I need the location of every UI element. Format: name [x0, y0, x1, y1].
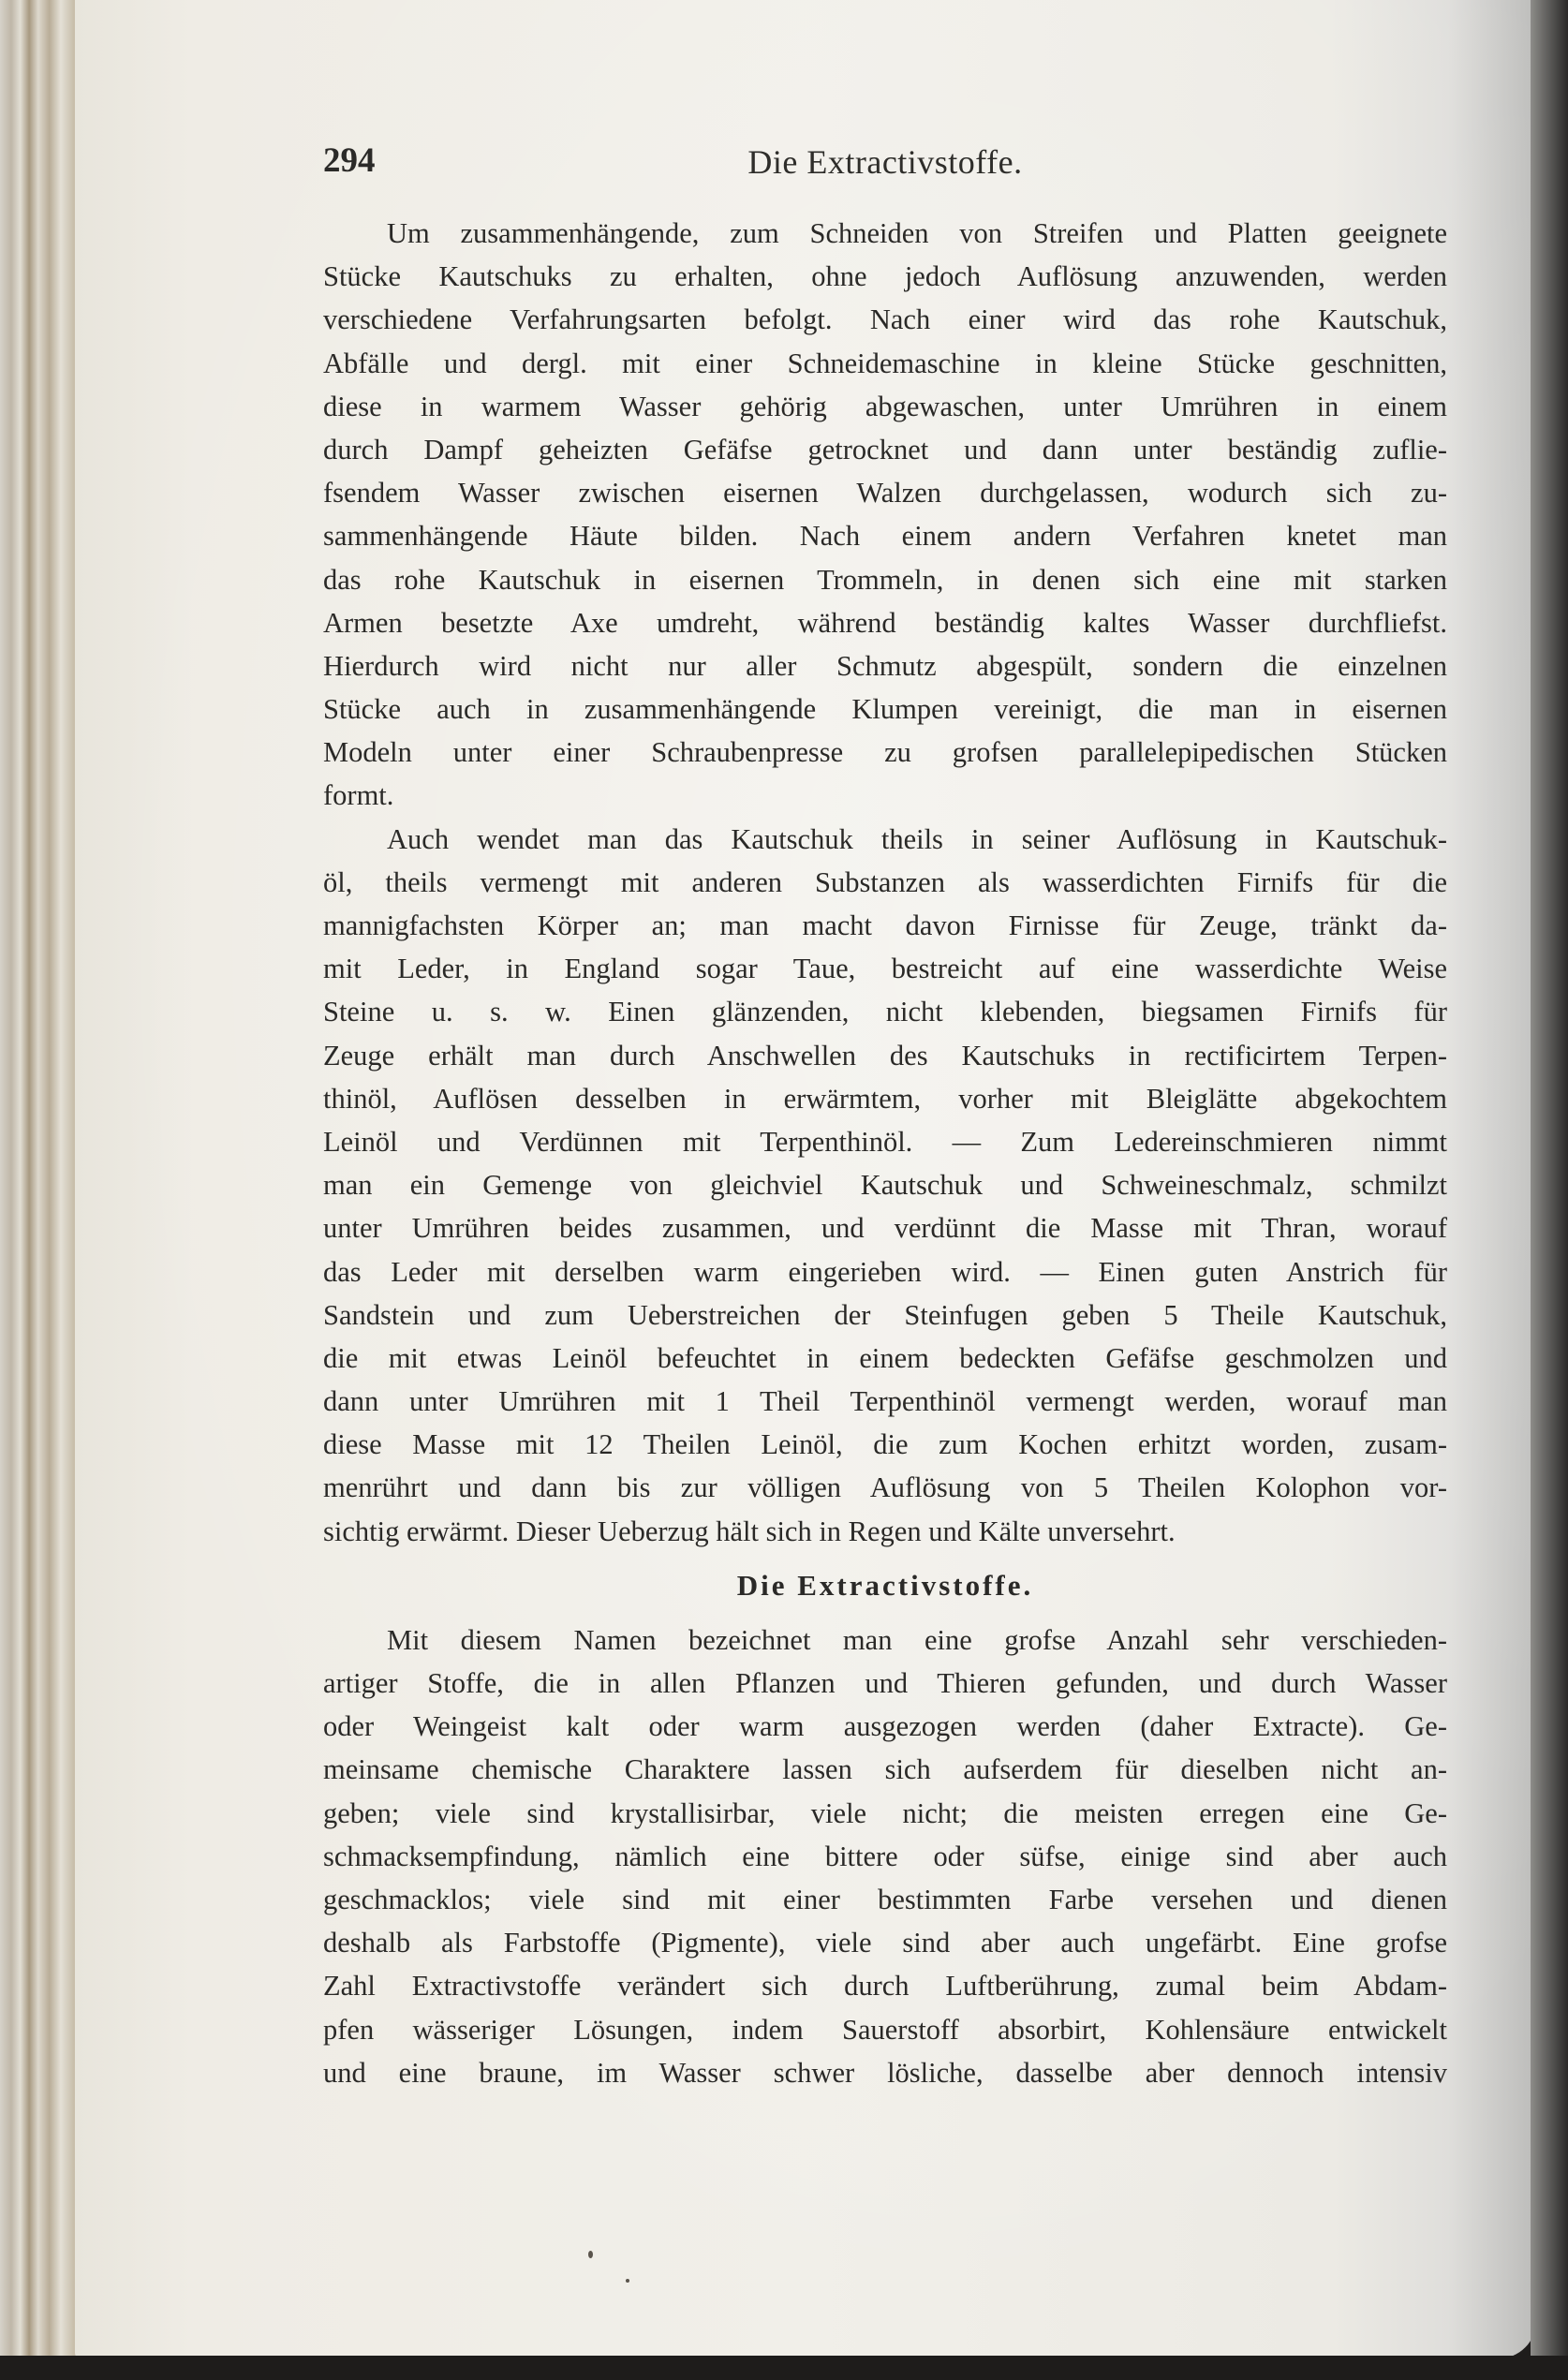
text-line: durch Dampf geheizten Gefäfse getrocknet…	[323, 428, 1447, 471]
text-line: pfen wässeriger Lösungen, indem Sauersto…	[323, 2008, 1447, 2051]
text-line: die mit etwas Leinöl befeuchtet in einem…	[323, 1337, 1447, 1380]
text-line: Zeuge erhält man durch Anschwellen des K…	[323, 1034, 1447, 1077]
text-line: sichtig erwärmt. Dieser Ueberzug hält si…	[323, 1510, 1447, 1553]
book-gutter-shadow	[1531, 0, 1568, 2380]
text-line: formt.	[323, 774, 1447, 817]
section-paragraph-1: Mit diesem Namen bezeichnet man eine gro…	[323, 1619, 1447, 2094]
running-title: Die Extractivstoffe.	[323, 142, 1447, 182]
text-line: Stücke auch in zusammenhängende Klumpen …	[323, 687, 1447, 731]
text-line: diese Masse mit 12 Theilen Leinöl, die z…	[323, 1423, 1447, 1466]
running-head: 294 Die Extractivstoffe.	[323, 140, 1447, 187]
text-line: mit Leder, in England sogar Taue, bestre…	[323, 947, 1447, 990]
text-line: das rohe Kautschuk in eisernen Trommeln,…	[323, 558, 1447, 601]
text-line: öl, theils vermengt mit anderen Substanz…	[323, 861, 1447, 904]
section-heading: Die Extractivstoffe.	[323, 1553, 1447, 1619]
text-line: man ein Gemenge von gleichviel Kautschuk…	[323, 1163, 1447, 1206]
text-line: Modeln unter einer Schraubenpresse zu gr…	[323, 731, 1447, 774]
text-line: Abfälle und dergl. mit einer Schneidemas…	[323, 342, 1447, 385]
text-line: artiger Stoffe, die in allen Pflanzen un…	[323, 1662, 1447, 1705]
text-line: Armen besetzte Axe umdreht, während best…	[323, 601, 1447, 644]
text-line: geschmacklos; viele sind mit einer besti…	[323, 1878, 1447, 1921]
text-line: Um zusammenhängende, zum Schneiden von S…	[323, 212, 1447, 255]
text-line: und eine braune, im Wasser schwer löslic…	[323, 2051, 1447, 2094]
text-line: verschiedene Verfahrungsarten befolgt. N…	[323, 298, 1447, 341]
paper-speck	[588, 2251, 593, 2258]
text-line: thinöl, Auflösen desselben in erwärmtem,…	[323, 1077, 1447, 1120]
text-line: fsendem Wasser zwischen eisernen Walzen …	[323, 471, 1447, 514]
text-line: oder Weingeist kalt oder warm ausgezogen…	[323, 1705, 1447, 1748]
text-line: dann unter Umrühren mit 1 Theil Terpenth…	[323, 1380, 1447, 1423]
text-line: Stücke Kautschuks zu erhalten, ohne jedo…	[323, 255, 1447, 298]
text-line: meinsame chemische Charaktere lassen sic…	[323, 1748, 1447, 1791]
text-line: diese in warmem Wasser gehörig abgewasch…	[323, 385, 1447, 428]
text-line: Mit diesem Namen bezeichnet man eine gro…	[323, 1619, 1447, 1662]
text-line: Zahl Extractivstoffe verändert sich durc…	[323, 1964, 1447, 2007]
text-line: Leinöl und Verdünnen mit Terpenthinöl. —…	[323, 1120, 1447, 1163]
text-line: mannigfachsten Körper an; man macht davo…	[323, 904, 1447, 947]
paper-speck	[626, 2279, 629, 2283]
text-line: geben; viele sind krystallisirbar, viele…	[323, 1792, 1447, 1835]
text-line: Hierdurch wird nicht nur aller Schmutz a…	[323, 644, 1447, 687]
paragraph-2: Auch wendet man das Kautschuk theils in …	[323, 818, 1447, 1553]
scan-background	[0, 2356, 1568, 2380]
text-line: Auch wendet man das Kautschuk theils in …	[323, 818, 1447, 861]
text-line: Sandstein und zum Ueberstreichen der Ste…	[323, 1293, 1447, 1337]
text-line: das Leder mit derselben warm eingerieben…	[323, 1250, 1447, 1293]
text-line: menrührt und dann bis zur völligen Auflö…	[323, 1466, 1447, 1509]
text-line: deshalb als Farbstoffe (Pigmente), viele…	[323, 1921, 1447, 1964]
text-line: Steine u. s. w. Einen glänzenden, nicht …	[323, 990, 1447, 1033]
paragraph-1: Um zusammenhängende, zum Schneiden von S…	[323, 212, 1447, 818]
text-line: unter Umrühren beides zusammen, und verd…	[323, 1206, 1447, 1249]
body-text: Um zusammenhängende, zum Schneiden von S…	[323, 212, 1447, 2094]
text-line: sammenhängende Häute bilden. Nach einem …	[323, 514, 1447, 557]
text-line: schmacksempfindung, nämlich eine bittere…	[323, 1835, 1447, 1878]
